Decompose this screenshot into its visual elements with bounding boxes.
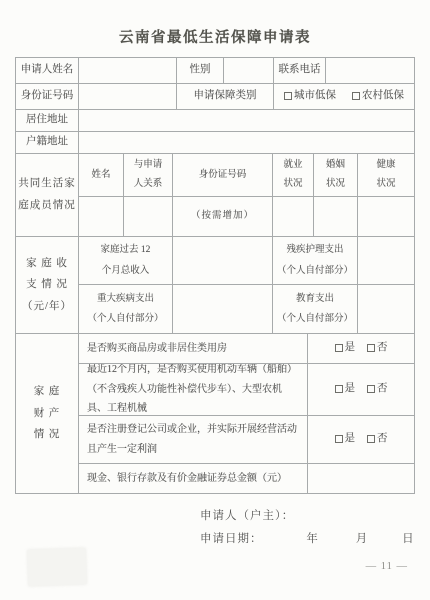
- member-health-input[interactable]: [358, 197, 414, 236]
- page-title: 云南省最低生活保障申请表: [0, 0, 430, 47]
- applicant-name-input[interactable]: [79, 58, 177, 83]
- property-q3-answer: 是 否: [308, 416, 414, 463]
- illness-expense-label: 重大疾病支出 （个人自付部分）: [79, 285, 173, 333]
- member-col-marriage: 婚姻 状况: [314, 154, 358, 196]
- applicant-signature-label: 申请人（户主）：: [200, 510, 294, 522]
- total-income-input[interactable]: [173, 237, 273, 284]
- rural-option-label: 农村低保: [362, 88, 404, 105]
- household-address-input[interactable]: [79, 132, 414, 153]
- cash-amount-input[interactable]: [308, 464, 414, 493]
- urban-checkbox-icon[interactable]: [284, 92, 292, 100]
- gender-input[interactable]: [224, 58, 274, 83]
- applicant-name-label: 申请人姓名: [16, 58, 79, 83]
- gender-label: 性别: [177, 58, 224, 83]
- member-col-health: 健康 状况: [358, 154, 414, 196]
- q1-no-option[interactable]: 否: [367, 340, 388, 357]
- q3-yes-label: 是: [345, 431, 356, 448]
- property-q1-label: 是否购买商品房或非居住类用房: [79, 334, 308, 363]
- income-rows: 家庭过去 12 个月总收入 残疾护理支出 （个人自付部分） 重大疾病支出 （个人…: [79, 237, 414, 333]
- income-section-label: 家 庭 收 支 情 况 （元/年）: [16, 237, 79, 333]
- income-section: 家 庭 收 支 情 况 （元/年） 家庭过去 12 个月总收入 残疾护理支出 （…: [16, 237, 414, 334]
- rural-option[interactable]: 农村低保: [352, 88, 404, 105]
- family-members-entry-row: （按需增加）: [79, 197, 414, 236]
- q2-yes-checkbox-icon[interactable]: [335, 385, 343, 393]
- member-col-id: 身份证号码: [173, 154, 273, 196]
- member-col-relation: 与申请 人关系: [124, 154, 173, 196]
- category-options: 城市低保 农村低保: [274, 84, 414, 109]
- member-col-name: 姓名: [79, 154, 124, 196]
- q1-yes-checkbox-icon[interactable]: [335, 344, 343, 352]
- property-q1-answer: 是 否: [308, 334, 414, 363]
- residence-address-label: 居住地址: [16, 110, 79, 131]
- property-row-4: 现金、银行存款及有价金融证券总金额（元）: [79, 464, 414, 493]
- q3-no-checkbox-icon[interactable]: [367, 435, 375, 443]
- income-row-2: 重大疾病支出 （个人自付部分） 教育支出 （个人自付部分）: [79, 285, 414, 333]
- household-address-row: 户籍地址: [16, 132, 414, 154]
- phone-input[interactable]: [326, 58, 414, 83]
- total-income-label: 家庭过去 12 个月总收入: [79, 237, 173, 284]
- basic-info-row-2: 身份证号码 申请保障类别 城市低保 农村低保: [16, 84, 414, 110]
- property-q2-label: 最近12个月内，是否购买使用机动车辆（船舶）（不含残疾人功能性补偿代步车）、大型…: [79, 364, 308, 415]
- property-row-1: 是否购买商品房或非居住类用房 是 否: [79, 334, 414, 364]
- id-number-label: 身份证号码: [16, 84, 79, 109]
- phone-label: 联系电话: [274, 58, 326, 83]
- q1-no-label: 否: [377, 340, 388, 357]
- q2-no-label: 否: [377, 381, 388, 398]
- residence-address-input[interactable]: [79, 110, 414, 131]
- basic-info-row-1: 申请人姓名 性别 联系电话: [16, 58, 414, 84]
- application-date-line: 申请日期： 年 月 日: [200, 530, 430, 546]
- day-label: 日: [402, 533, 415, 545]
- q3-yes-option[interactable]: 是: [335, 431, 356, 448]
- member-col-employment: 就业 状况: [273, 154, 314, 196]
- application-date-label: 申请日期：: [200, 533, 263, 545]
- residence-address-row: 居住地址: [16, 110, 414, 132]
- family-members-header-row: 姓名 与申请 人关系 身份证号码 就业 状况 婚姻 状况 健康 状况: [79, 154, 414, 197]
- disability-expense-input[interactable]: [358, 237, 414, 284]
- education-expense-label: 教育支出 （个人自付部分）: [273, 285, 358, 333]
- scan-artifact: [27, 548, 86, 586]
- month-label: 月: [356, 533, 369, 545]
- member-id-input[interactable]: （按需增加）: [173, 197, 273, 236]
- year-label: 年: [306, 533, 319, 545]
- category-label: 申请保障类别: [177, 84, 274, 109]
- family-members-section-label: 共同生活家 庭成员情况: [16, 154, 79, 236]
- family-members-section: 共同生活家 庭成员情况 姓名 与申请 人关系 身份证号码 就业 状况 婚姻 状况…: [16, 154, 414, 237]
- q2-no-option[interactable]: 否: [367, 381, 388, 398]
- illness-expense-input[interactable]: [173, 285, 273, 333]
- q2-yes-option[interactable]: 是: [335, 381, 356, 398]
- cash-amount-label: 现金、银行存款及有价金融证券总金额（元）: [79, 464, 308, 493]
- property-q2-answer: 是 否: [308, 364, 414, 415]
- disability-expense-label: 残疾护理支出 （个人自付部分）: [273, 237, 358, 284]
- property-section: 家 庭 财 产 情 况 是否购买商品房或非居住类用房 是 否: [16, 334, 414, 493]
- education-expense-input[interactable]: [358, 285, 414, 333]
- q1-yes-label: 是: [345, 340, 356, 357]
- household-address-label: 户籍地址: [16, 132, 79, 153]
- q3-no-option[interactable]: 否: [367, 431, 388, 448]
- income-row-1: 家庭过去 12 个月总收入 残疾护理支出 （个人自付部分）: [79, 237, 414, 285]
- id-number-input[interactable]: [79, 84, 177, 109]
- rural-checkbox-icon[interactable]: [352, 92, 360, 100]
- urban-option-label: 城市低保: [294, 88, 336, 105]
- q2-yes-label: 是: [345, 381, 356, 398]
- urban-option[interactable]: 城市低保: [284, 88, 336, 105]
- member-marriage-input[interactable]: [314, 197, 358, 236]
- applicant-signature-line: 申请人（户主）：: [200, 507, 430, 523]
- member-employment-input[interactable]: [273, 197, 314, 236]
- member-name-input[interactable]: [79, 197, 124, 236]
- member-relation-input[interactable]: [124, 197, 173, 236]
- family-members-rows: 姓名 与申请 人关系 身份证号码 就业 状况 婚姻 状况 健康 状况 （按需增加…: [79, 154, 414, 236]
- q3-no-label: 否: [377, 431, 388, 448]
- property-rows: 是否购买商品房或非居住类用房 是 否 最近12个月内，是否购买使用机动车辆（船: [79, 334, 414, 493]
- q1-no-checkbox-icon[interactable]: [367, 344, 375, 352]
- application-form-table: 申请人姓名 性别 联系电话 身份证号码 申请保障类别 城市低保 农村低保: [15, 57, 415, 494]
- q1-yes-option[interactable]: 是: [335, 340, 356, 357]
- form-page: 云南省最低生活保障申请表 申请人姓名 性别 联系电话 身份证号码 申请保障类别 …: [0, 0, 430, 600]
- property-row-2: 最近12个月内，是否购买使用机动车辆（船舶）（不含残疾人功能性补偿代步车）、大型…: [79, 364, 414, 416]
- property-q3-label: 是否注册登记公司或企业，并实际开展经营活动且产生一定利润: [79, 416, 308, 463]
- page-number: — 11 —: [366, 561, 408, 572]
- property-row-3: 是否注册登记公司或企业，并实际开展经营活动且产生一定利润 是 否: [79, 416, 414, 464]
- q2-no-checkbox-icon[interactable]: [367, 385, 375, 393]
- property-section-label: 家 庭 财 产 情 况: [16, 334, 79, 493]
- q3-yes-checkbox-icon[interactable]: [335, 435, 343, 443]
